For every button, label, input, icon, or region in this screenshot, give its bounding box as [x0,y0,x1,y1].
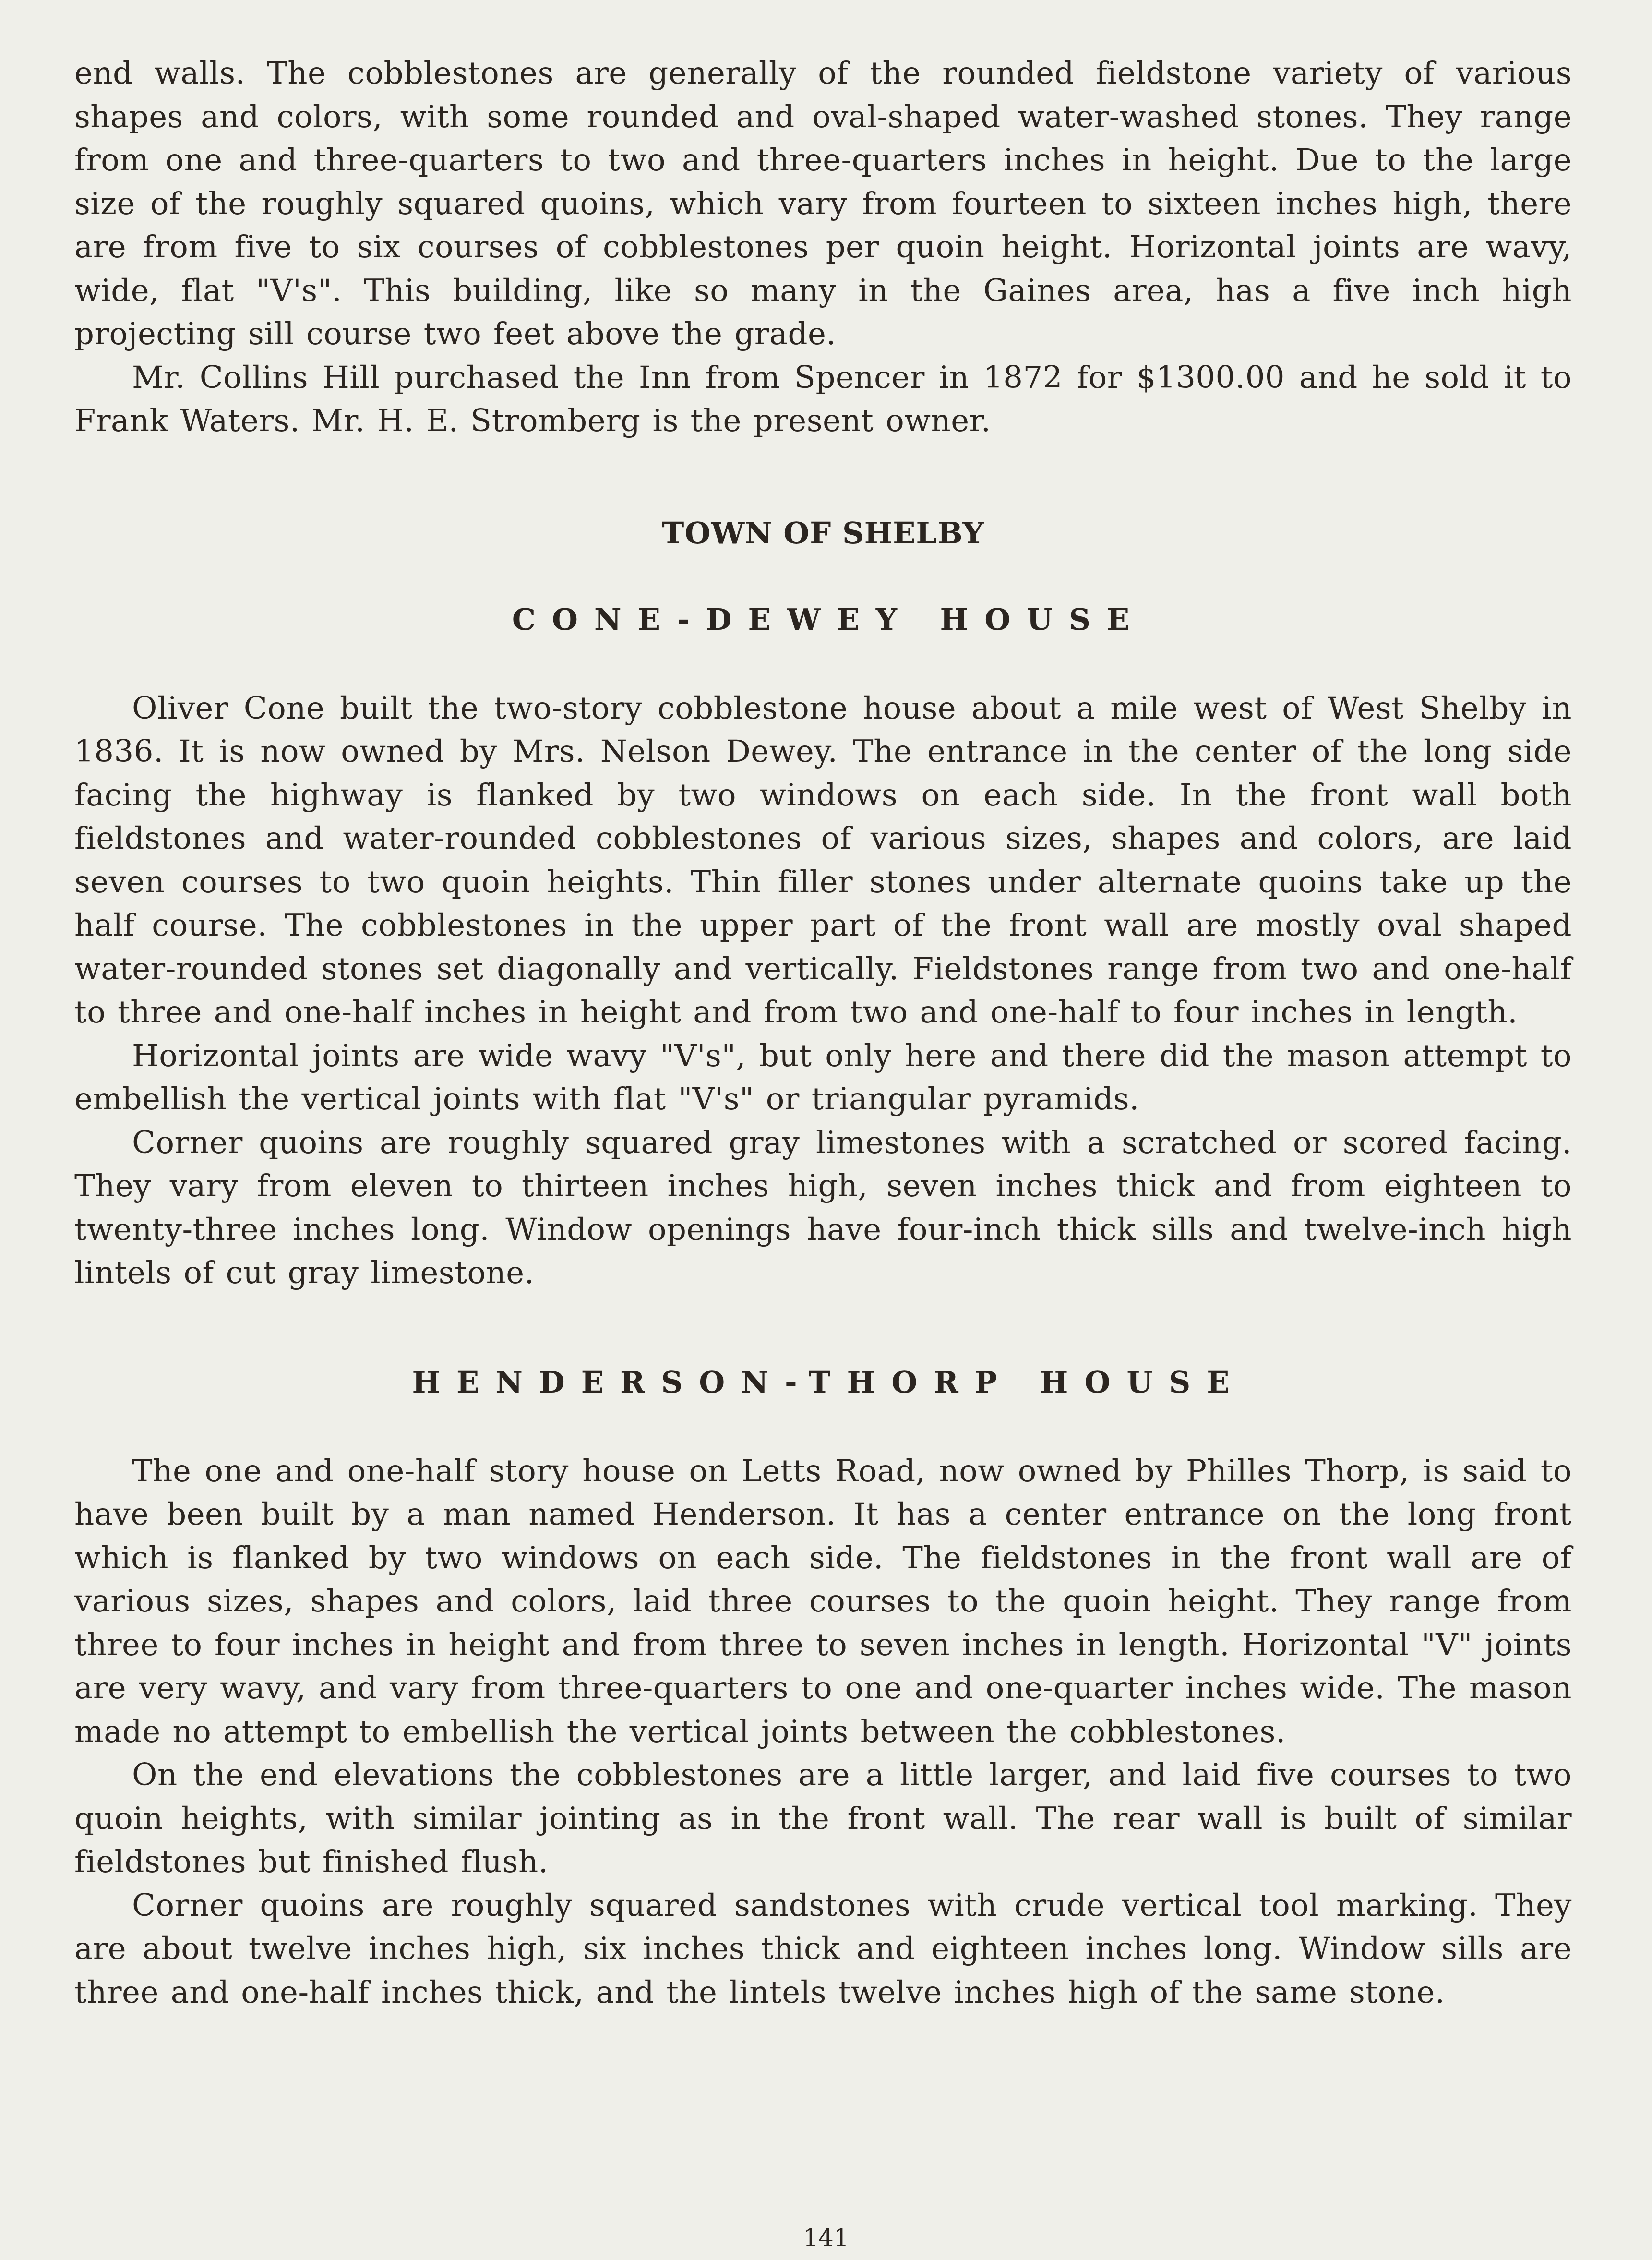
cone-dewey-section: CONE-DEWEY HOUSE Oliver Cone built the t… [74,601,1572,1295]
henderson-thorp-paragraph-2: On the end elevations the cobblestones a… [74,1754,1572,1884]
cone-dewey-paragraph-1: Oliver Cone built the two-story cobblest… [74,687,1572,1034]
cone-dewey-paragraph-2: Horizontal joints are wide wavy "V's", b… [74,1034,1572,1121]
ownership-paragraph: Mr. Collins Hill purchased the Inn from … [74,356,1572,443]
henderson-thorp-paragraph-3: Corner quoins are roughly squared sandst… [74,1884,1572,2015]
section-title-cone-dewey: CONE-DEWEY HOUSE [74,601,1572,639]
section-title-henderson-thorp: HENDERSON-THORP HOUSE [74,1363,1572,1402]
continuation-section: end walls. The cobblestones are generall… [74,52,1572,443]
henderson-thorp-paragraph-1: The one and one-half story house on Lett… [74,1450,1572,1754]
continuation-paragraph: end walls. The cobblestones are generall… [74,52,1572,356]
cone-dewey-paragraph-3: Corner quoins are roughly squared gray l… [74,1121,1572,1295]
town-heading: TOWN OF SHELBY [74,514,1572,553]
henderson-thorp-section: HENDERSON-THORP HOUSE The one and one-ha… [74,1363,1572,2015]
page-number: 141 [0,2224,1652,2252]
document-page: end walls. The cobblestones are generall… [74,52,1572,2014]
